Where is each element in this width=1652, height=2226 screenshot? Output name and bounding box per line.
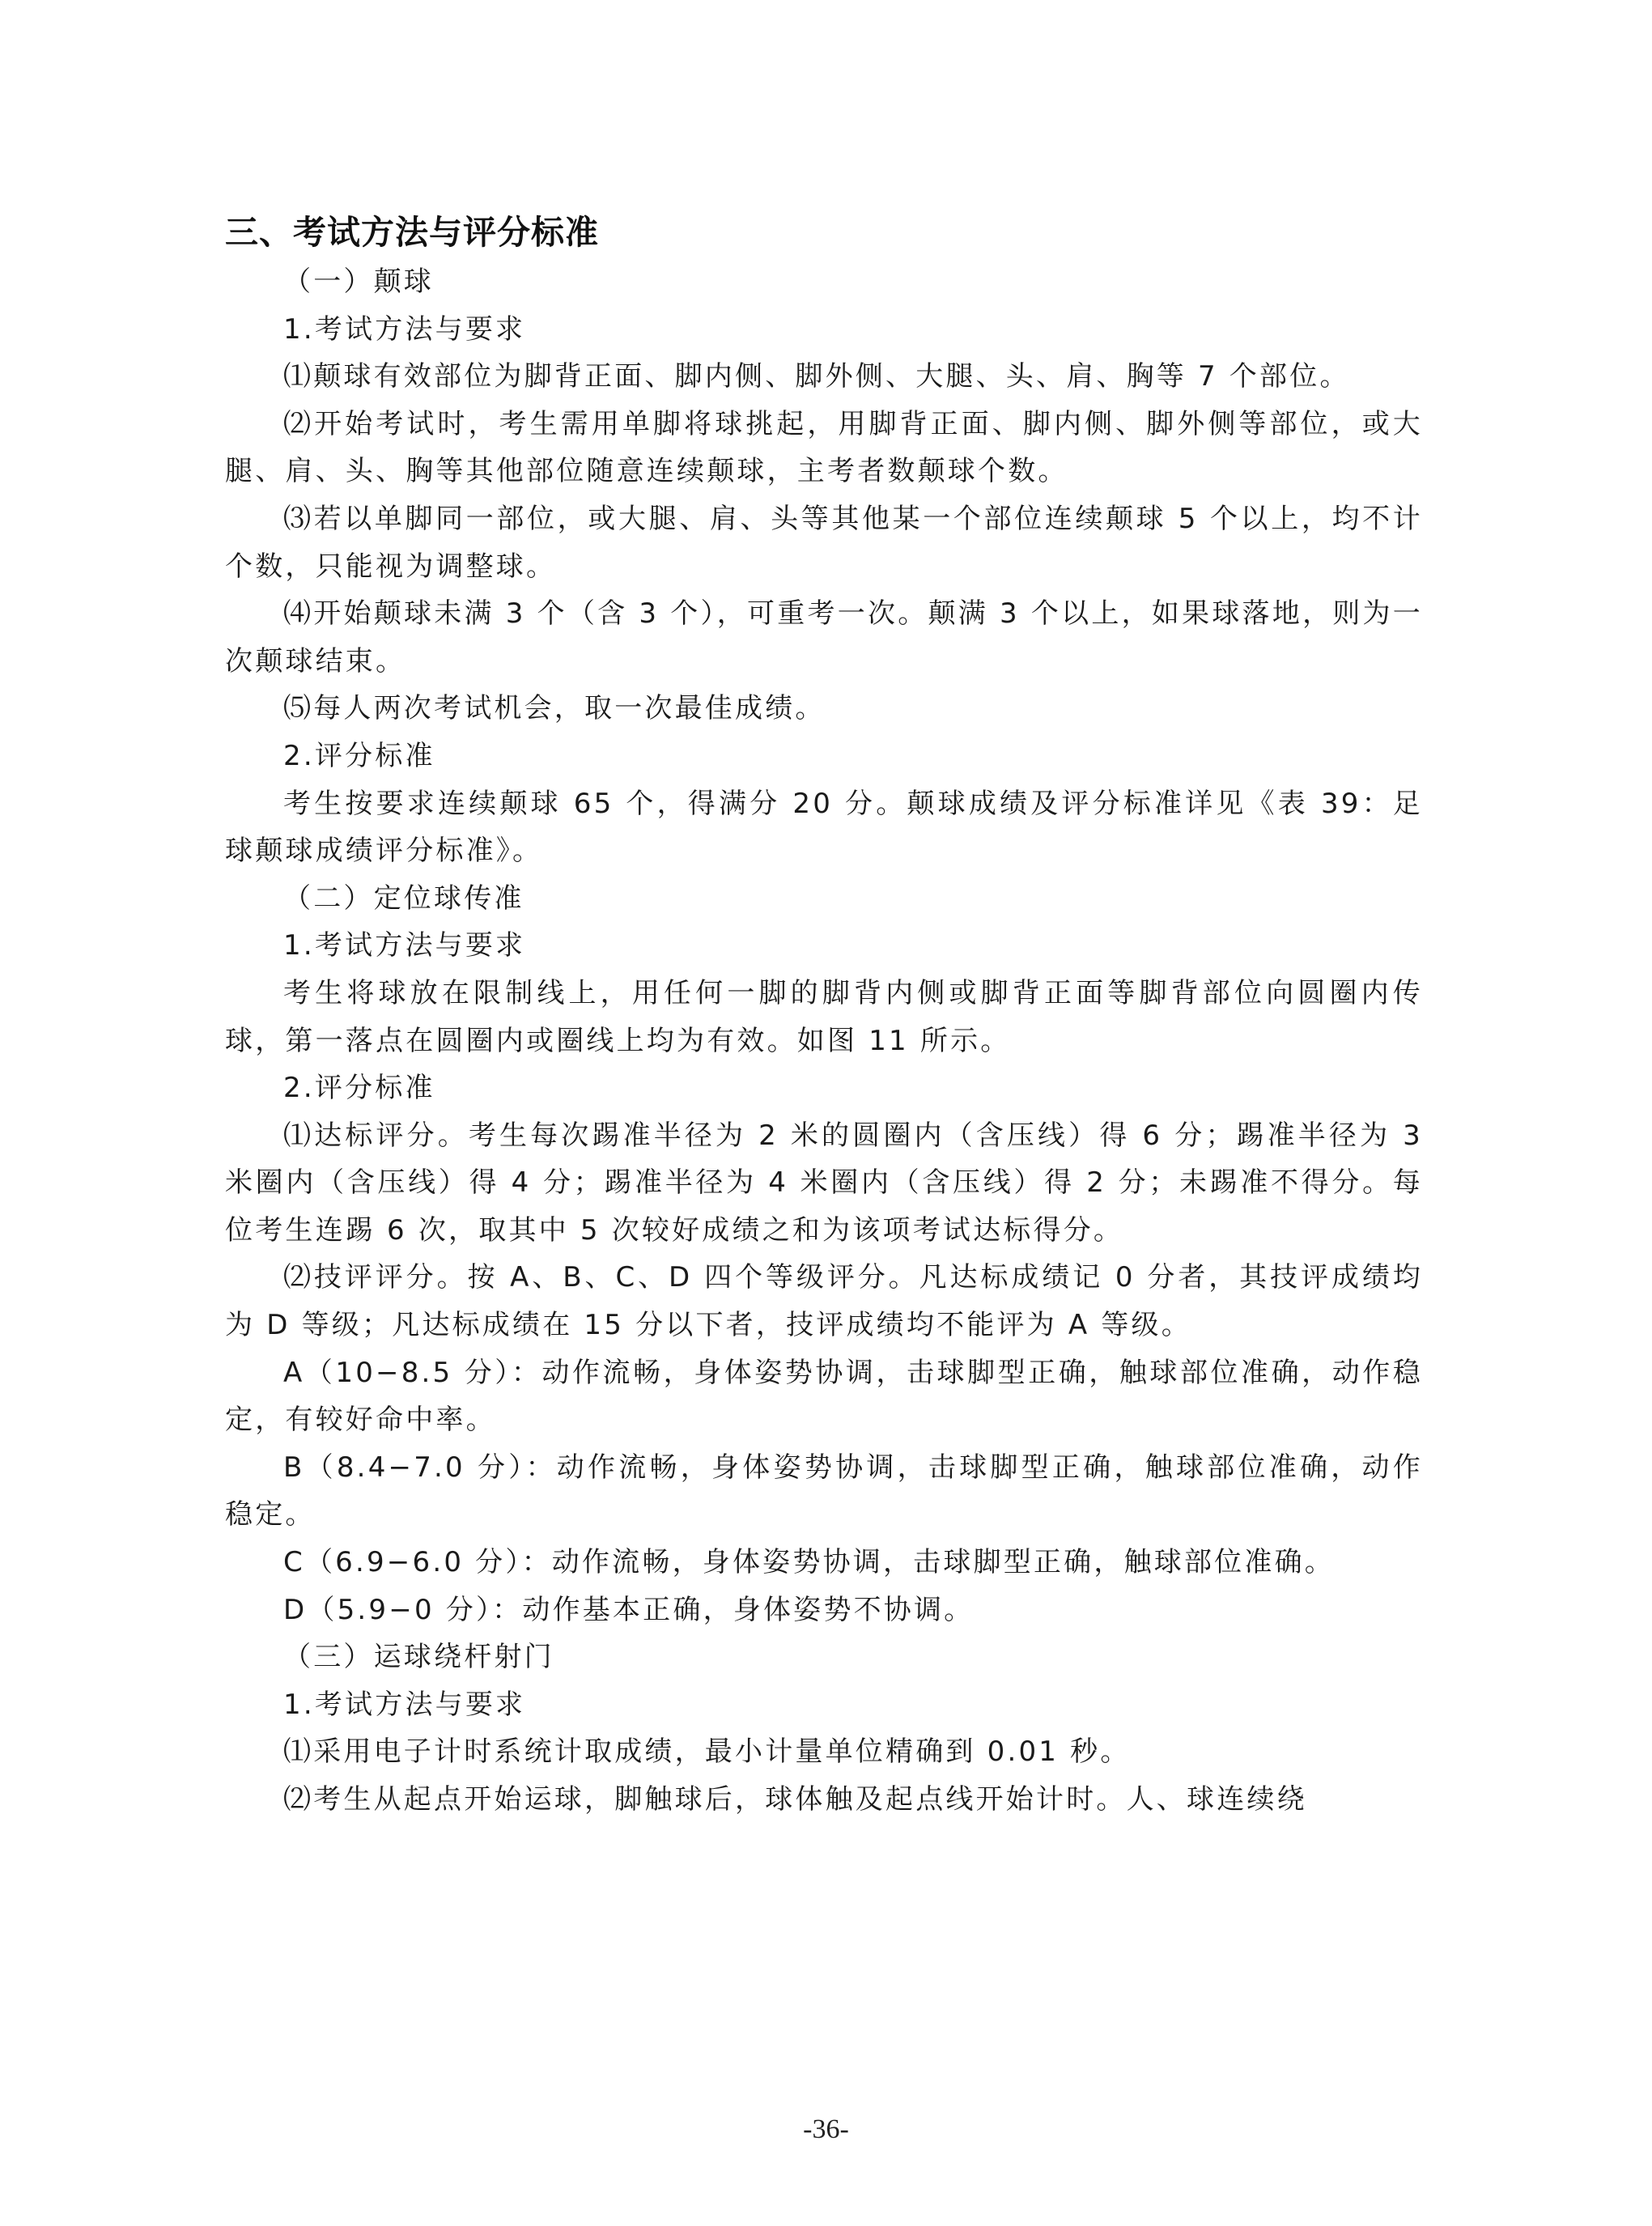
paragraph: ⑷开始颠球未满 3 个（含 3 个），可重考一次。颠满 3 个以上，如果球落地，… [225,590,1423,685]
subsection-title: （二）定位球传准 [225,875,1423,923]
subheading: 1.考试方法与要求 [225,922,1423,970]
grade-c-paragraph: C（6.9−6.0 分）：动作流畅，身体姿势协调，击球脚型正确，触球部位准确。 [225,1539,1423,1587]
paragraph: ⑵技评评分。按 A、B、C、D 四个等级评分。凡达标成绩记 0 分者，其技评成绩… [225,1254,1423,1349]
paragraph: 考生将球放在限制线上，用任何一脚的脚背内侧或脚背正面等脚背部位向圆圈内传球，第一… [225,970,1423,1064]
paragraph: ⑶若以单脚同一部位，或大腿、肩、头等其他某一个部位连续颠球 5 个以上，均不计个… [225,495,1423,590]
subsection-title: （一）颠球 [225,258,1423,306]
subheading: 1.考试方法与要求 [225,1681,1423,1729]
subheading: 2.评分标准 [225,733,1423,780]
grade-a-paragraph: A（10−8.5 分）：动作流畅，身体姿势协调，击球脚型正确，触球部位准确，动作… [225,1349,1423,1444]
document-page: 三、考试方法与评分标准 （一）颠球 1.考试方法与要求 ⑴颠球有效部位为脚背正面… [225,206,1423,1824]
subheading: 2.评分标准 [225,1064,1423,1112]
paragraph: ⑴颠球有效部位为脚背正面、脚内侧、脚外侧、大腿、头、肩、胸等 7 个部位。 [225,353,1423,401]
paragraph: ⑵开始考试时，考生需用单脚将球挑起，用脚背正面、脚内侧、脚外侧等部位，或大腿、肩… [225,401,1423,495]
grade-d-paragraph: D（5.9−0 分）：动作基本正确，身体姿势不协调。 [225,1587,1423,1634]
paragraph: 考生按要求连续颠球 65 个，得满分 20 分。颠球成绩及评分标准详见《表 39… [225,780,1423,875]
section-set-piece-passing: （二）定位球传准 1.考试方法与要求 考生将球放在限制线上，用任何一脚的脚背内侧… [225,875,1423,1634]
section-juggling: （一）颠球 1.考试方法与要求 ⑴颠球有效部位为脚背正面、脚内侧、脚外侧、大腿、… [225,258,1423,875]
grade-b-paragraph: B（8.4−7.0 分）：动作流畅，身体姿势协调，击球脚型正确，触球部位准确，动… [225,1444,1423,1539]
paragraph: ⑸每人两次考试机会，取一次最佳成绩。 [225,685,1423,733]
section-dribble-shoot: （三）运球绕杆射门 1.考试方法与要求 ⑴采用电子计时系统计取成绩，最小计量单位… [225,1633,1423,1823]
paragraph: ⑴达标评分。考生每次踢准半径为 2 米的圆圈内（含压线）得 6 分；踢准半径为 … [225,1112,1423,1255]
paragraph: ⑴采用电子计时系统计取成绩，最小计量单位精确到 0.01 秒。 [225,1728,1423,1776]
subheading: 1.考试方法与要求 [225,306,1423,354]
subsection-title: （三）运球绕杆射门 [225,1633,1423,1681]
paragraph: ⑵考生从起点开始运球，脚触球后，球体触及起点线开始计时。人、球连续绕 [225,1776,1423,1824]
section-heading: 三、考试方法与评分标准 [225,206,1423,258]
page-number: -36- [0,2114,1652,2145]
